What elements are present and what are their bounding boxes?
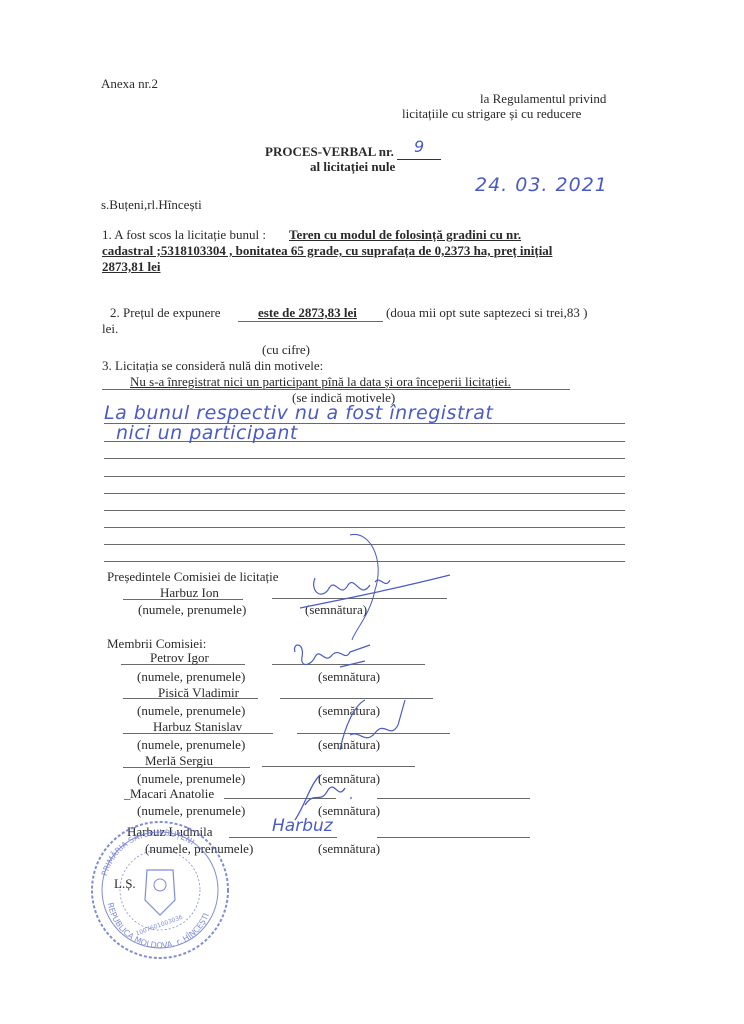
member-name: Harbuz Stanislav: [153, 720, 242, 733]
member-name: Petrov Igor: [150, 651, 209, 664]
members-label: Membrii Comisiei:: [107, 637, 206, 650]
name-hint: (numele, prenumele): [137, 738, 245, 751]
signature-member-6: Harbuz: [272, 818, 333, 835]
regulation-line-1: la Regulamentul privind: [480, 92, 606, 105]
member-name-line: [229, 837, 337, 838]
president-name: Harbuz Ion: [160, 586, 219, 599]
item2-prefix: 2. Prețul de expunere: [110, 306, 220, 319]
location: s.Buțeni,rl.Hîncești: [101, 198, 202, 211]
item3-label: 3. Licitația se consideră nulă din motiv…: [102, 359, 323, 372]
name-hint: (numele, prenumele): [137, 670, 245, 683]
annex-label: Anexa nr.2: [101, 77, 158, 90]
member-sign-line: [377, 798, 530, 799]
ruled-line: [104, 510, 625, 511]
title-label: PROCES-VERBAL nr.: [265, 144, 394, 159]
ruled-line: [104, 493, 625, 494]
handwritten-reason-line2: nici un participant: [116, 424, 298, 443]
handwritten-reason-line1: La bunul respectiv nu a fost înregistrat: [104, 404, 493, 423]
handwritten-date: 24. 03. 2021: [475, 176, 608, 195]
item2-hint: (cu cifre): [262, 343, 310, 356]
regulation-line-2: licitațiile cu strigare și cu reducere: [402, 107, 581, 120]
member-sign-line: [377, 837, 530, 838]
item1-line2: cadastral ;5318103304 , bonitatea 65 gra…: [102, 244, 552, 257]
member-name: Macari Anatolie: [130, 787, 214, 800]
item1-line3: 2873,81 lei: [102, 260, 161, 273]
item1-line1: Teren cu modul de folosință gradini cu n…: [289, 228, 521, 241]
title-number: 9: [414, 137, 424, 156]
signature-president: [300, 530, 460, 640]
title-number-field: 9: [397, 143, 441, 160]
item2-words: (doua mii opt sute saptezeci si trei,83 …: [386, 306, 587, 319]
ruled-line: [104, 527, 625, 528]
name-hint: (numele, prenumele): [138, 603, 246, 616]
stamp-ls-label: L.Ș.: [114, 877, 136, 890]
signature-member-3: [330, 695, 410, 755]
sign-hint: (semnătura): [318, 842, 380, 855]
president-label: Președintele Comisiei de licitație: [107, 570, 278, 583]
item1-prefix: 1. A fost scos la licitație bunul :: [102, 228, 266, 241]
member-sign-line: [262, 766, 415, 767]
document-subtitle: al licitației nule: [310, 160, 395, 173]
signature-member-1: [290, 637, 380, 677]
item2-value: este de 2873,83 lei: [258, 306, 357, 319]
name-hint: (numele, prenumele): [137, 772, 245, 785]
item2-value-underline: [238, 321, 383, 322]
name-hint: (numele, prenumele): [137, 704, 245, 717]
ruled-line: [104, 458, 625, 459]
member-name: Pisică Vladimir: [158, 686, 239, 699]
document-title: PROCES-VERBAL nr. 9: [265, 143, 441, 160]
ruled-line: [104, 476, 625, 477]
item3-reason: Nu s-a înregistrat nici un participant p…: [130, 375, 511, 388]
member-name: Merlă Sergiu: [145, 754, 213, 767]
official-stamp: PRIMĂRIA SATULUI BUȚENI REPUBLICA MOLDOV…: [85, 815, 235, 965]
item2-suffix: lei.: [102, 322, 118, 335]
